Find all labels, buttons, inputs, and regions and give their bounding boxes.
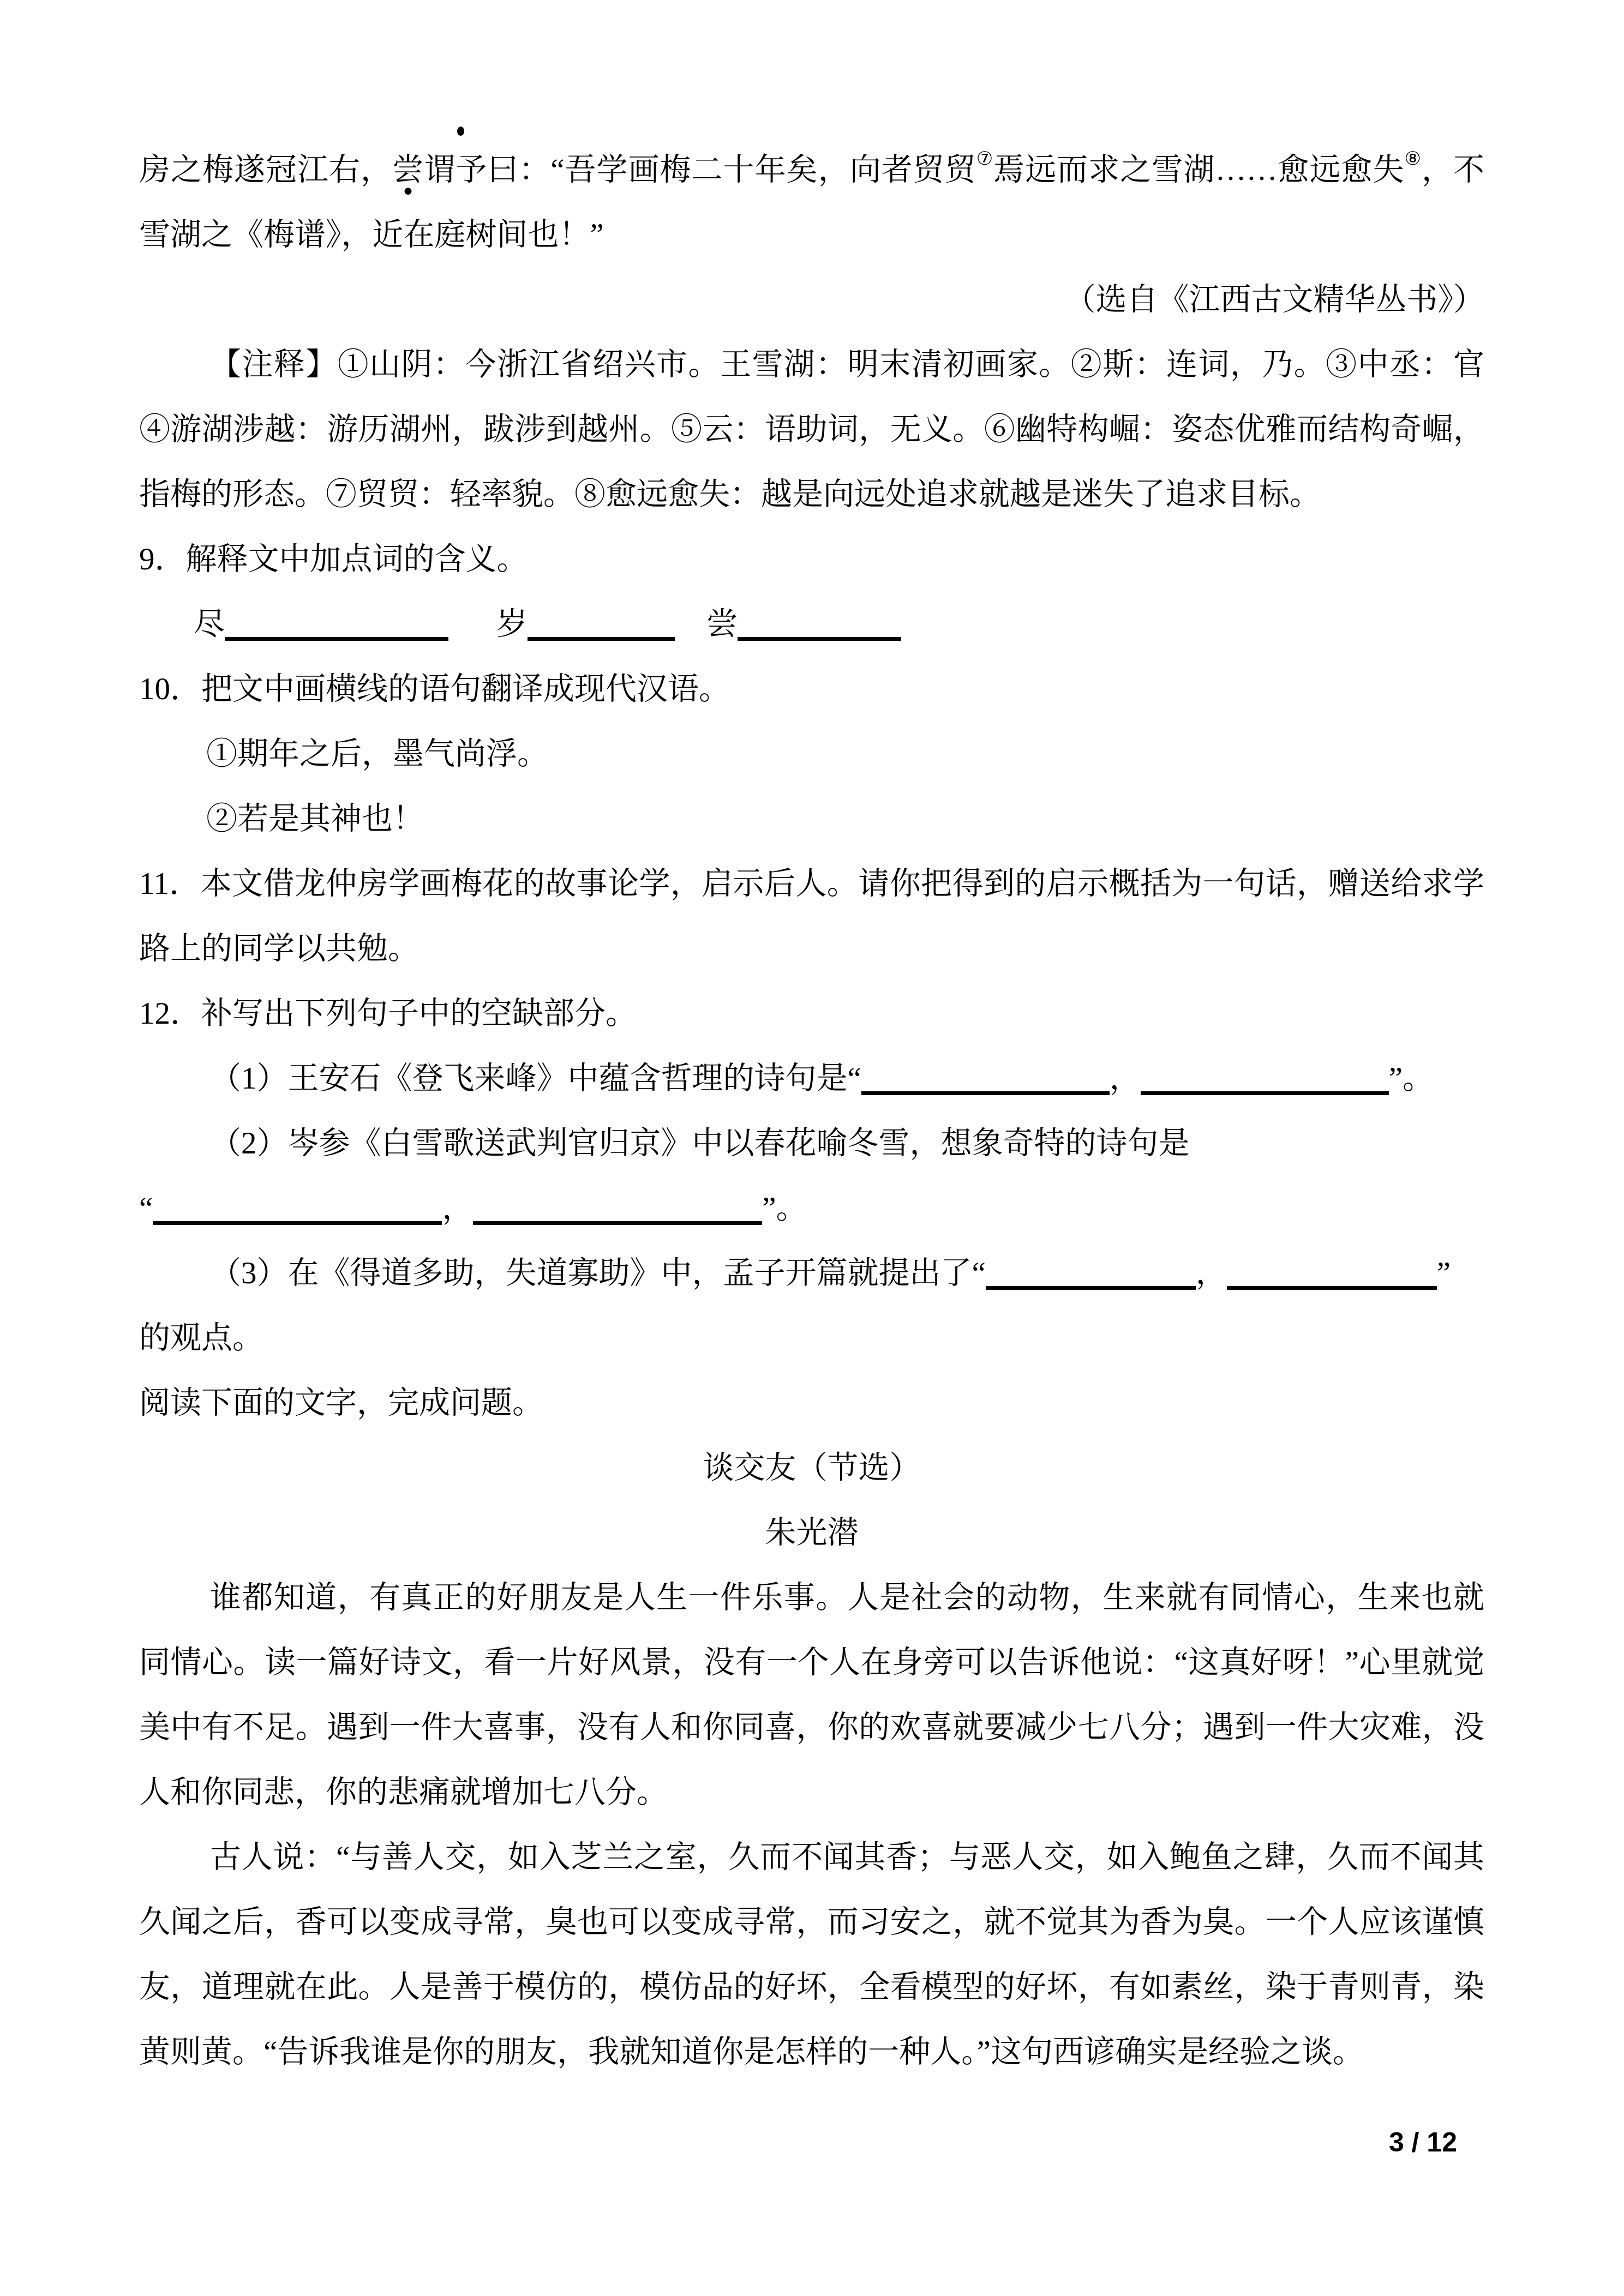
answer-blank: [473, 1199, 762, 1225]
note-ref-7-superscript: ⑦: [976, 149, 994, 169]
translation-item-2: ②若是其神也！: [139, 786, 1484, 851]
question-text: 路上的同学以共勉。: [139, 931, 419, 966]
essay-text: 古人说：“与善人交，如入芝兰之室，久而不闻其香；与恶人交，如入鲍鱼之肆，久而不闻…: [210, 1840, 1484, 1890]
question-12: 12．补写出下列句子中的空缺部分。: [139, 981, 1484, 1046]
note-ref-8-superscript: ⑧: [1405, 149, 1422, 169]
question-12-item-3-tail: 的观点。: [139, 1306, 1484, 1371]
answer-blank-chang: [738, 615, 901, 641]
item-text: ②若是其神也！: [206, 802, 424, 836]
emphasized-char-chang: 尝: [392, 153, 424, 187]
question-11-line-1: 11．本文借龙仲房学画梅花的故事论学，启示后人。请你把得到的启示概括为一句话，赠…: [139, 851, 1484, 916]
passage-text: 谓予曰：“吾学画梅二十年矣，向者贸贸: [424, 153, 976, 187]
question-text: 9．解释文中加点词的含义。: [139, 542, 528, 576]
instruction-text: 阅读下面的文字，完成问题。: [139, 1386, 543, 1420]
essay-line-3: 美中有不足。遇到一件大喜事，没有人和你同喜，你的欢喜就要减少七八分；遇到一件大灾…: [139, 1695, 1484, 1760]
stray-emphasis-dot: [457, 127, 464, 136]
item-text: ”。: [762, 1191, 807, 1225]
essay-line-8: 黄则黄。“告诉我谁是你的朋友，我就知道你是怎样的一种人。”这句西谚确实是经验之谈…: [139, 2019, 1484, 2084]
item-text: ，: [1196, 1256, 1227, 1290]
page-content: 房之梅遂冠江右，尝谓予曰：“吾学画梅二十年矣，向者贸贸⑦焉远而求之雪湖……愈远愈…: [139, 137, 1484, 2084]
essay-line-2: 同情心。读一篇好诗文，看一片好风景，没有一个人在身旁可以告诉他说：“这真好呀！”…: [139, 1630, 1484, 1695]
question-12-item-1: （1）王安石《登飞来峰》中蕴含哲理的诗句是“，”。: [139, 1046, 1484, 1111]
answer-blank: [986, 1264, 1196, 1290]
essay-text: 黄则黄。“告诉我谁是你的朋友，我就知道你是怎样的一种人。”这句西谚确实是经验之谈…: [139, 2035, 1364, 2069]
passage-line-1: 房之梅遂冠江右，尝谓予曰：“吾学画梅二十年矣，向者贸贸⑦焉远而求之雪湖……愈远愈…: [139, 137, 1484, 202]
reading-instruction: 阅读下面的文字，完成问题。: [139, 1371, 1484, 1435]
answer-blank: [1141, 1069, 1389, 1095]
question-10: 10．把文中画横线的语句翻译成现代汉语。: [139, 657, 1484, 722]
question-text: 12．补写出下列句子中的空缺部分。: [139, 996, 637, 1031]
notes-text: 指梅的形态。⑦贸贸：轻率貌。⑧愈远愈失：越是向远处追求就越是迷失了追求目标。: [139, 477, 1321, 512]
answer-blank: [1227, 1264, 1437, 1290]
title-text: 谈交友（节选）: [703, 1451, 921, 1485]
page-number-indicator: 3 / 12: [1389, 2126, 1457, 2159]
essay-text: 久闻之后，香可以变成寻常，臭也可以变成寻常，而习安之，就不觉其为香为臭。一个人应…: [139, 1905, 1484, 1955]
essay-text: 友，道理就在此。人是善于模仿的，模仿品的好坏，全看模型的好坏，有如素丝，染于青则…: [139, 1970, 1484, 2019]
translation-item-1: ①期年之后，墨气尚浮。: [139, 722, 1484, 786]
passage-line-2: 雪湖之《梅谱》，近在庭树间也！”: [139, 202, 1484, 267]
item-text: （3）在《得道多助，失道寡助》中，孟子开篇就提出了“: [210, 1256, 986, 1290]
essay-text: 同情心。读一篇好诗文，看一片好风景，没有一个人在身旁可以告诉他说：“这真好呀！”…: [139, 1645, 1484, 1695]
notes-line-2: ④游湖涉越：游历湖州，跋涉到越州。⑤云：语助词，无义。⑥幽特构崛：姿态优雅而结构…: [139, 397, 1484, 462]
notes-text: 【注释】①山阴：今浙江省绍兴市。王雪湖：明末清初画家。②斯：连词，乃。③中丞：官…: [210, 347, 1484, 397]
item-text: 的观点。: [139, 1321, 263, 1355]
answer-blank-sui: [528, 615, 675, 641]
item-text: “: [139, 1191, 153, 1225]
essay-line-5: 古人说：“与善人交，如入芝兰之室，久而不闻其香；与恶人交，如入鲍鱼之肆，久而不闻…: [139, 1825, 1484, 1890]
exam-paper-page: 房之梅遂冠江右，尝谓予曰：“吾学画梅二十年矣，向者贸贸⑦焉远而求之雪湖……愈远愈…: [0, 0, 1624, 2296]
passage-text: 雪湖之《梅谱》，近在庭树间也！”: [139, 218, 604, 252]
essay-line-1: 谁都知道，有真正的好朋友是人生一件乐事。人是社会的动物，生来就有同情心，生来也就…: [139, 1565, 1484, 1630]
item-text: ，: [1110, 1061, 1141, 1096]
answer-blank: [861, 1069, 1110, 1095]
essay-line-7: 友，道理就在此。人是善于模仿的，模仿品的好坏，全看模型的好坏，有如素丝，染于青则…: [139, 1955, 1484, 2019]
essay-text: 人和你同悲，你的悲痛就增加七八分。: [139, 1775, 668, 1810]
question-11-line-2: 路上的同学以共勉。: [139, 916, 1484, 981]
word-sui: 岁: [496, 607, 528, 641]
question-9-answer-blanks: 尽岁尝: [139, 592, 1484, 657]
notes-text: ④游湖涉越：游历湖州，跋涉到越州。⑤云：语助词，无义。⑥幽特构崛：姿态优雅而结构…: [139, 412, 1484, 447]
answer-blank: [153, 1199, 442, 1225]
question-text: 10．把文中画横线的语句翻译成现代汉语。: [139, 672, 730, 706]
item-text: ，: [442, 1191, 473, 1225]
source-attribution: （选自《江西古文精华丛书》）: [139, 267, 1484, 332]
essay-line-6: 久闻之后，香可以变成寻常，臭也可以变成寻常，而习安之，就不觉其为香为臭。一个人应…: [139, 1890, 1484, 1955]
essay-line-4: 人和你同悲，你的悲痛就增加七八分。: [139, 1760, 1484, 1825]
question-9: 9．解释文中加点词的含义。: [139, 527, 1484, 592]
answer-blank-jin: [225, 615, 448, 641]
item-text: ①期年之后，墨气尚浮。: [206, 737, 548, 771]
passage-text: 房之梅遂冠江右，: [139, 153, 392, 187]
question-12-item-2-blanks: “，”。: [139, 1176, 1484, 1241]
notes-line-1: 【注释】①山阴：今浙江省绍兴市。王雪湖：明末清初画家。②斯：连词，乃。③中丞：官…: [139, 332, 1484, 397]
author-text: 朱光潜: [765, 1516, 859, 1550]
question-12-item-2: （2）岑参《白雪歌送武判官归京》中以春花喻冬雪，想象奇特的诗句是: [139, 1111, 1484, 1176]
item-text: ”。: [1389, 1061, 1434, 1096]
source-text: （选自《江西古文精华丛书》）: [1065, 283, 1485, 317]
word-jin: 尽: [194, 607, 225, 641]
word-chang: 尝: [706, 607, 738, 641]
essay-text: 美中有不足。遇到一件大喜事，没有人和你同喜，你的欢喜就要减少七八分；遇到一件大灾…: [139, 1710, 1484, 1760]
notes-line-3: 指梅的形态。⑦贸贸：轻率貌。⑧愈远愈失：越是向远处追求就越是迷失了追求目标。: [139, 462, 1484, 527]
item-text: （2）岑参《白雪歌送武判官归京》中以春花喻冬雪，想象奇特的诗句是: [210, 1126, 1190, 1161]
question-12-item-3: （3）在《得道多助，失道寡助》中，孟子开篇就提出了“，”: [139, 1241, 1484, 1306]
item-text: （1）王安石《登飞来峰》中蕴含哲理的诗句是“: [210, 1061, 861, 1096]
essay-text: 谁都知道，有真正的好朋友是人生一件乐事。人是社会的动物，生来就有同情心，生来也就…: [210, 1580, 1484, 1630]
essay-author: 朱光潜: [139, 1500, 1484, 1565]
essay-title: 谈交友（节选）: [139, 1435, 1484, 1500]
item-text: ”: [1437, 1256, 1451, 1290]
passage-text: 焉远而求之雪湖……愈远愈失: [993, 153, 1404, 187]
question-text: 11．本文借龙仲房学画梅花的故事论学，启示后人。请你把得到的启示概括为一句话，赠…: [139, 867, 1484, 916]
